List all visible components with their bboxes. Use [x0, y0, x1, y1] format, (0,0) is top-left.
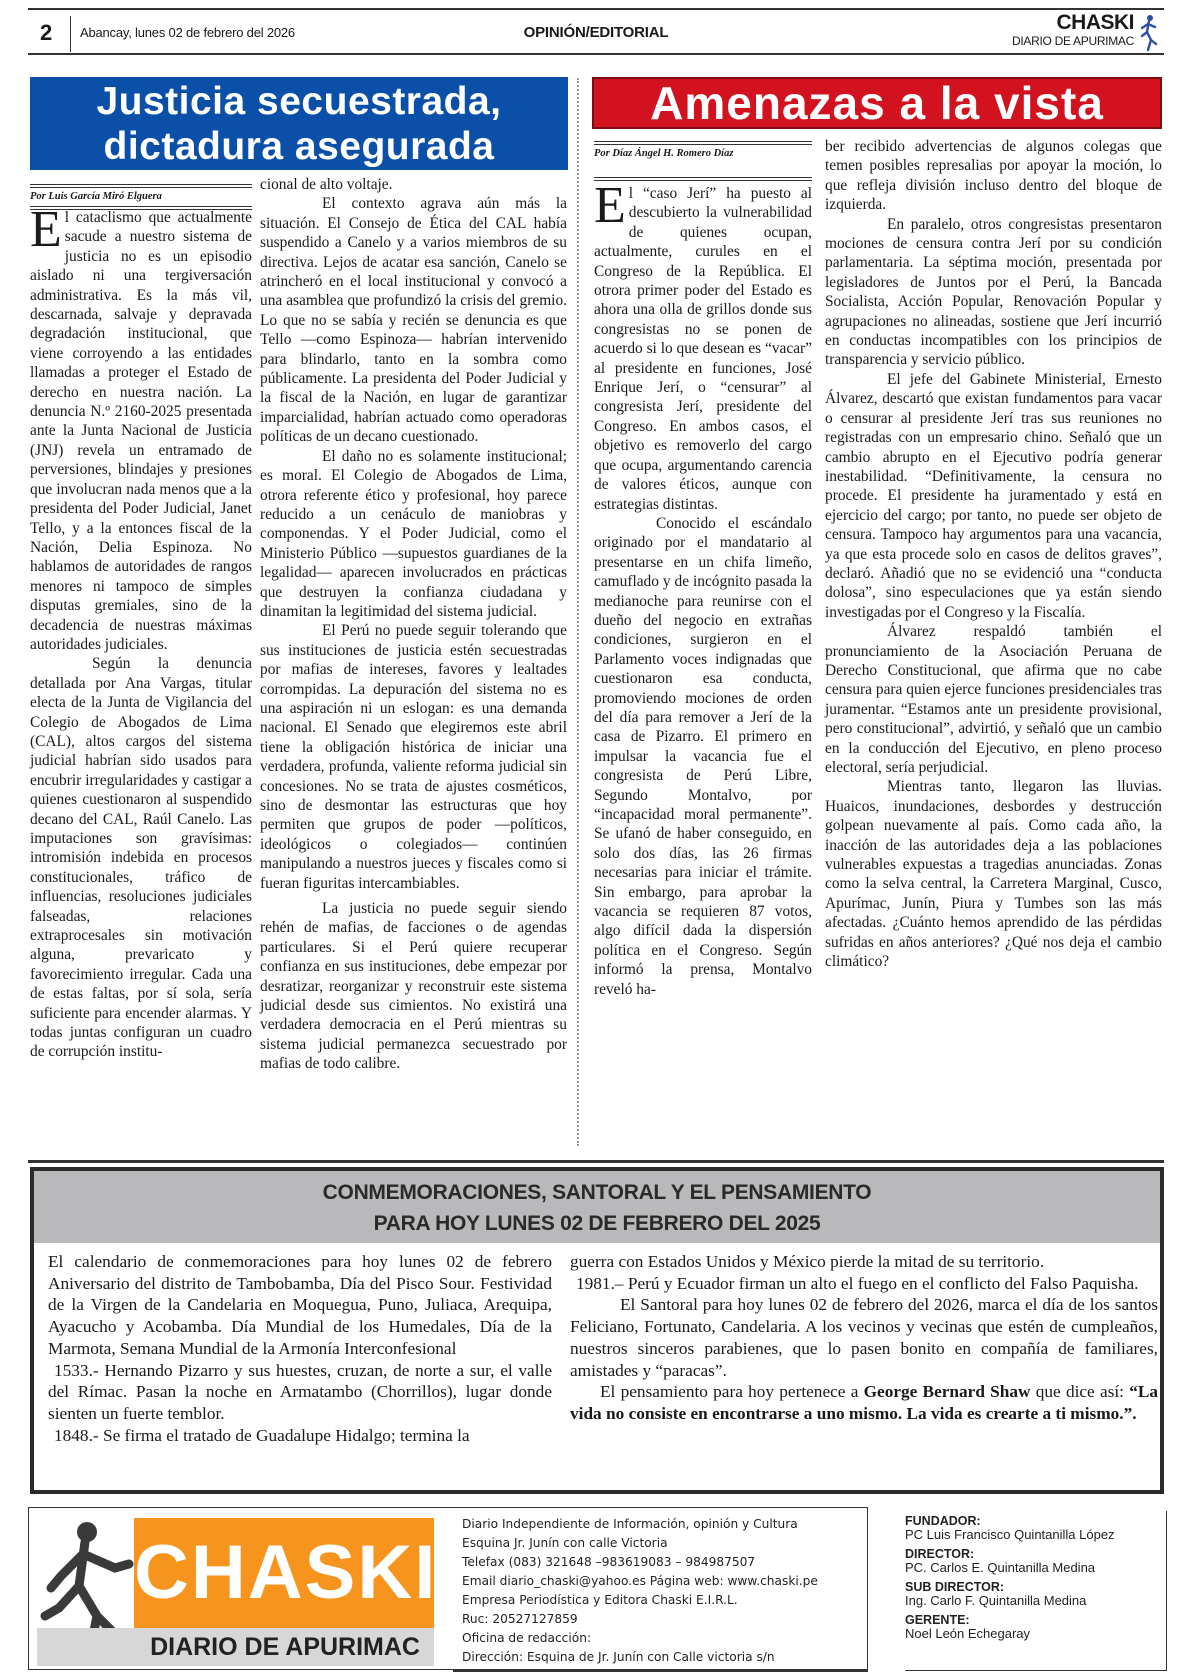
drop-cap: E [594, 186, 626, 226]
quote-author: George Bernard Shaw [864, 1382, 1031, 1401]
paragraph: El contexto agrava aún más la situación.… [260, 194, 567, 446]
headline-line-1: Justicia secuestrada, [30, 79, 568, 124]
runner-icon [1138, 14, 1160, 52]
masthead-brand: CHASKI DIARIO DE APURIMAC [1012, 12, 1134, 48]
paragraph: La justicia no puede seguir siendo rehén… [260, 899, 567, 1074]
edition-date: Abancay, lunes 02 de febrero del 2026 [80, 25, 295, 40]
paragraph: El daño no es solamente institucional; e… [260, 447, 567, 622]
staff-name: PC. Carlos E. Quintanilla Medina [905, 1561, 1166, 1575]
article-column-1: El cataclismo que actualmente sacude a n… [30, 208, 252, 1062]
paragraph: En paralelo, otros congresistas presenta… [825, 215, 1162, 370]
staff-name: Noel León Echegaray [905, 1627, 1166, 1641]
info-line: Esquina Jr. Junín con calle Victoria [462, 1534, 818, 1553]
paragraph: El jefe del Gabinete Ministerial, Ernest… [825, 370, 1162, 622]
paragraph: l “caso Jerí” ha puesto al descubierto l… [594, 185, 812, 513]
paragraph: 1533.- Hernando Pizarro y sus huestes, c… [48, 1360, 552, 1425]
paragraph: l cataclismo que actualmente sacude a nu… [30, 209, 252, 653]
footer-logo-chaski: CHASKI [134, 1518, 434, 1628]
paragraph: El calendario de conmemoraciones para ho… [48, 1251, 552, 1360]
info-line: Oficina de redacción: [462, 1629, 818, 1648]
info-ruc: Ruc: 20527127859 [462, 1610, 818, 1629]
paragraph: ber recibido advertencias de algunos col… [825, 137, 1162, 215]
drop-cap: E [30, 210, 62, 250]
conmemoraciones-left: El calendario de conmemoraciones para ho… [48, 1251, 552, 1446]
article-column-2: cional de alto voltaje. El contexto agra… [260, 175, 567, 1074]
byline: Por Díaz Ángel H. Romero Díaz [594, 141, 812, 181]
paragraph: Conocido el escándalo originado por el m… [594, 514, 812, 999]
footer-info: Diario Independiente de Información, opi… [462, 1515, 818, 1667]
paragraph: guerra con Estados Unidos y México pierd… [570, 1251, 1158, 1273]
info-address: Dirección: Esquina de Jr. Junín con Call… [462, 1648, 818, 1667]
paragraph: Álvarez respaldó también el pronunciamie… [825, 622, 1162, 777]
staff-name: PC Luis Francisco Quintanilla López [905, 1528, 1166, 1542]
staff-name: Ing. Carlo F. Quintanilla Medina [905, 1594, 1166, 1608]
article-column-3: El “caso Jerí” ha puesto al descubierto … [594, 184, 812, 999]
section-rule [28, 1160, 1164, 1163]
masthead-divider [70, 16, 71, 52]
page-number: 2 [40, 20, 52, 46]
column-divider [577, 78, 579, 1146]
info-line: Empresa Periodística y Editora Chaski E.… [462, 1591, 818, 1610]
article-column-4: ber recibido advertencias de algunos col… [825, 137, 1162, 971]
info-email-web: Email diario_chaski@yahoo.es Página web:… [462, 1572, 818, 1591]
title-line-1: CONMEMORACIONES, SANTORAL Y EL PENSAMIEN… [34, 1177, 1160, 1208]
paragraph: 1981.– Perú y Ecuador firman un alto el … [570, 1273, 1158, 1295]
footer-rule [453, 1669, 868, 1672]
byline: Por Luis García Miró Elguera [30, 184, 252, 210]
staff-list: FUNDADOR: PC Luis Francisco Quintanilla … [905, 1511, 1167, 1671]
paragraph: El Santoral para hoy lunes 02 de febrero… [570, 1294, 1158, 1381]
title-line-2: PARA HOY LUNES 02 DE FEBRERO DEL 2025 [34, 1208, 1160, 1239]
brand-subtitle: DIARIO DE APURIMAC [1012, 34, 1134, 48]
paragraph: Según la denuncia detallada por Ana Varg… [30, 654, 252, 1062]
paragraph: El Perú no puede seguir tolerando que su… [260, 621, 567, 893]
info-phone: Telefax (083) 321648 –983619083 – 984987… [462, 1553, 818, 1572]
paragraph: Mientras tanto, llegaron las lluvias. Hu… [825, 777, 1162, 971]
info-line: Diario Independiente de Información, opi… [462, 1515, 818, 1534]
footer-logo-subtitle: DIARIO DE APURIMAC [37, 1628, 434, 1666]
headline-amenazas: Amenazas a la vista [592, 77, 1162, 129]
brand-name: CHASKI [1012, 12, 1134, 34]
paragraph: 1848.- Se firma el tratado de Guadalupe … [48, 1425, 552, 1447]
conmemoraciones-title: CONMEMORACIONES, SANTORAL Y EL PENSAMIEN… [34, 1171, 1160, 1243]
pensamiento-paragraph: El pensamiento para hoy pertenece a Geor… [570, 1381, 1158, 1424]
headline-line-2: dictadura asegurada [30, 124, 568, 169]
conmemoraciones-right: guerra con Estados Unidos y México pierd… [570, 1251, 1158, 1425]
headline-justicia: Justicia secuestrada, dictadura asegurad… [30, 77, 568, 170]
masthead: 2 Abancay, lunes 02 de febrero del 2026 … [28, 8, 1164, 55]
conmemoraciones-box: CONMEMORACIONES, SANTORAL Y EL PENSAMIEN… [30, 1167, 1164, 1494]
paragraph: cional de alto voltaje. [260, 175, 567, 194]
